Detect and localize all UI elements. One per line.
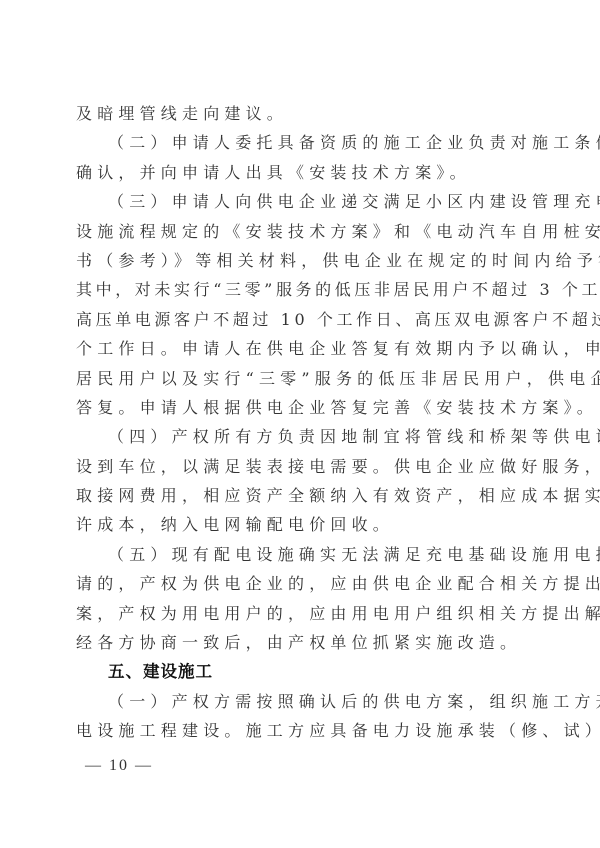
paragraph-3-start: （三）申请人向供电企业递交满足小区内建设管理充电基础 [76, 187, 528, 216]
paragraph-5-start: （五）现有配电设施确实无法满足充电基础设施用电报装申 [76, 540, 528, 569]
page-number: — 10 — [85, 757, 153, 775]
text-line: 其中，对未实行“三零”服务的低压非居民用户不超过 3 个工作日、 [76, 275, 528, 304]
text-line: 电设施工程建设。施工方应具备电力设施承装（修、试）资质。 [76, 716, 528, 745]
text-line: 确认，并向申请人出具《安装技术方案》。 [76, 158, 528, 187]
section-paragraph-1-start: （一）产权方需按照确认后的供电方案，组织施工方开展充 [76, 687, 528, 716]
text-line: 取接网费用，相应资产全额纳入有效资产，相应成本据实计入准 [76, 481, 528, 510]
text-line: 许成本，纳入电网输配电价回收。 [76, 510, 528, 539]
text-line: 请的，产权为供电企业的，应由供电企业配合相关方提出解决方 [76, 569, 528, 598]
text-line: 案，产权为用电用户的，应由用电用户组织相关方提出解决方案， [76, 599, 528, 628]
text-line: 答复。申请人根据供电企业答复完善《安装技术方案》。 [76, 393, 528, 422]
text-line: 及暗埋管线走向建议。 [76, 99, 528, 128]
paragraph-2-start: （二）申请人委托具备资质的施工企业负责对施工条件进行 [76, 128, 528, 157]
text-line: 设到车位，以满足装表接电需要。供电企业应做好服务，不得收 [76, 452, 528, 481]
body-text: 及暗埋管线走向建议。 （二）申请人委托具备资质的施工企业负责对施工条件进行 确认… [76, 99, 528, 746]
text-line: 设施流程规定的《安装技术方案》和《电动汽车自用桩安装备案 [76, 217, 528, 246]
text-line: 书（参考）》等相关材料，供电企业在规定的时间内给予答复。 [76, 246, 528, 275]
text-line: 高压单电源客户不超过 10 个工作日、高压双电源客户不超过 20 [76, 305, 528, 334]
paragraph-4-start: （四）产权所有方负责因地制宜将管线和桥架等供电设施建 [76, 422, 528, 451]
text-line: 个工作日。申请人在供电企业答复有效期内予以确认，申请人为 [76, 334, 528, 363]
section-heading: 五、建设施工 [76, 657, 528, 686]
document-page: 及暗埋管线走向建议。 （二）申请人委托具备资质的施工企业负责对施工条件进行 确认… [0, 0, 600, 848]
text-line: 居民用户以及实行“三零”服务的低压非居民用户，供电企业无需 [76, 364, 528, 393]
text-line: 经各方协商一致后，由产权单位抓紧实施改造。 [76, 628, 528, 657]
